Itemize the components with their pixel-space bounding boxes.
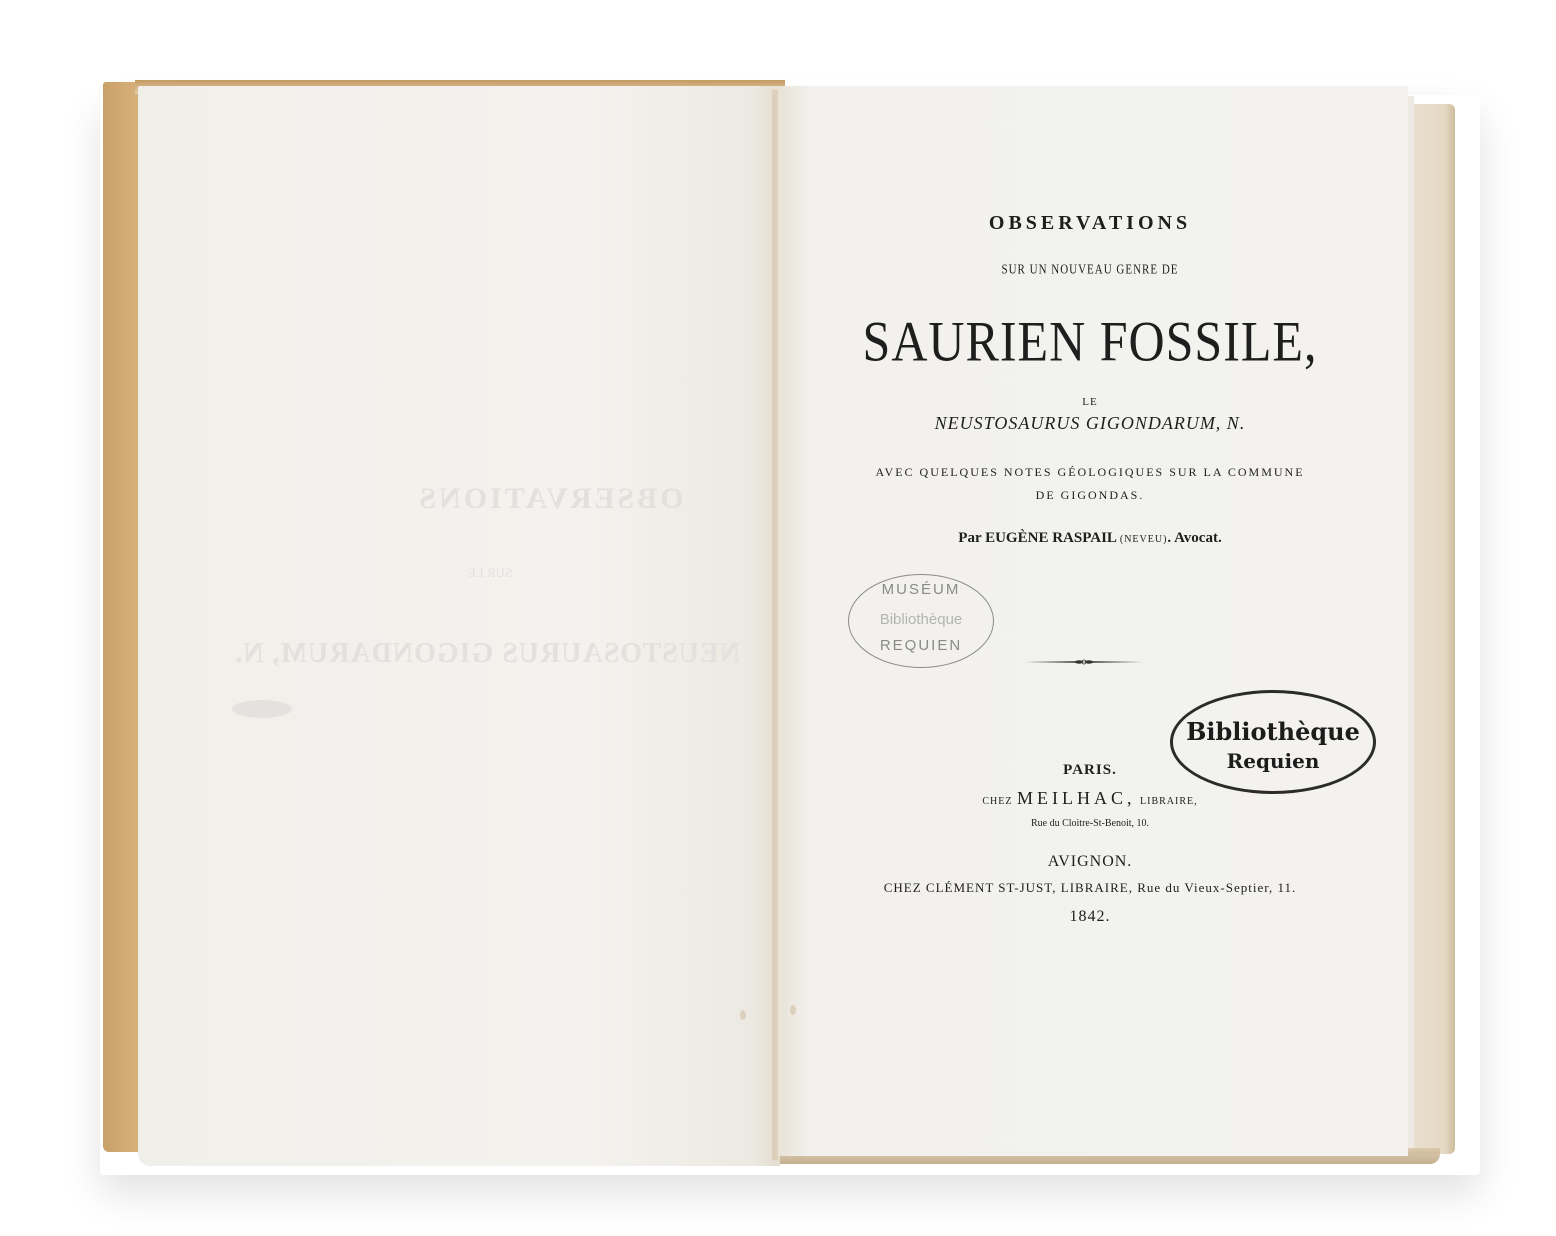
left-page <box>138 86 780 1166</box>
author-name: Par EUGÈNE RASPAIL <box>958 530 1116 546</box>
imprint-year: 1842. <box>790 908 1390 926</box>
publisher-suffix: LIBRAIRE, <box>1140 796 1198 807</box>
publisher-prefix: CHEZ <box>982 796 1012 807</box>
title-subtitle: SUR UN NOUVEAU GENRE DE <box>790 263 1390 277</box>
bibliotheque-stamp-line2: Requien <box>1173 749 1373 773</box>
title-notes-line1: AVEC QUELQUES NOTES GÉOLOGIQUES SUR LA C… <box>790 465 1390 480</box>
imprint-publisher-avignon: CHEZ CLÉMENT ST-JUST, LIBRAIRE, Rue du V… <box>790 880 1390 896</box>
show-through-line: OBSERVATIONS <box>400 482 700 516</box>
museum-stamp-line3: REQUIEN <box>849 637 993 654</box>
imprint-address-paris: Rue du Cloitre-St-Benoit, 10. <box>790 818 1390 829</box>
ornament-rule-icon <box>1025 658 1143 666</box>
museum-stamp-line2: Bibliothèque <box>849 611 993 628</box>
museum-stamp-line1: MUSÉUM <box>849 581 993 598</box>
author-note: (NEVEU) <box>1120 534 1168 545</box>
title-main: SAURIEN FOSSILE, <box>790 308 1390 375</box>
bibliotheque-stamp: Bibliothèque Requien <box>1170 690 1376 794</box>
title-author: Par EUGÈNE RASPAIL (NEVEU). Avocat. <box>790 530 1390 547</box>
show-through-line: SUR LE <box>460 565 520 581</box>
publisher-name: MEILHAC, <box>1017 788 1136 808</box>
paper-stain <box>790 1005 796 1015</box>
imprint-city-avignon: AVIGNON. <box>790 853 1390 871</box>
paper-stain <box>740 1010 746 1020</box>
author-title: . Avocat. <box>1167 530 1221 546</box>
museum-stamp: MUSÉUM Bibliothèque REQUIEN <box>848 574 994 668</box>
title-le: LE <box>790 396 1390 408</box>
title-species: NEUSTOSAURUS GIGONDARUM, N. <box>790 413 1390 434</box>
title-notes-line2: DE GIGONDAS. <box>790 488 1390 503</box>
paper-stain <box>232 700 292 718</box>
bibliotheque-stamp-line1: Bibliothèque <box>1173 717 1373 746</box>
title-observations: OBSERVATIONS <box>790 212 1390 235</box>
book-gutter <box>772 90 778 1160</box>
show-through-line: NEUSTOSAURUS GIGONDARUM, N. <box>300 638 740 670</box>
